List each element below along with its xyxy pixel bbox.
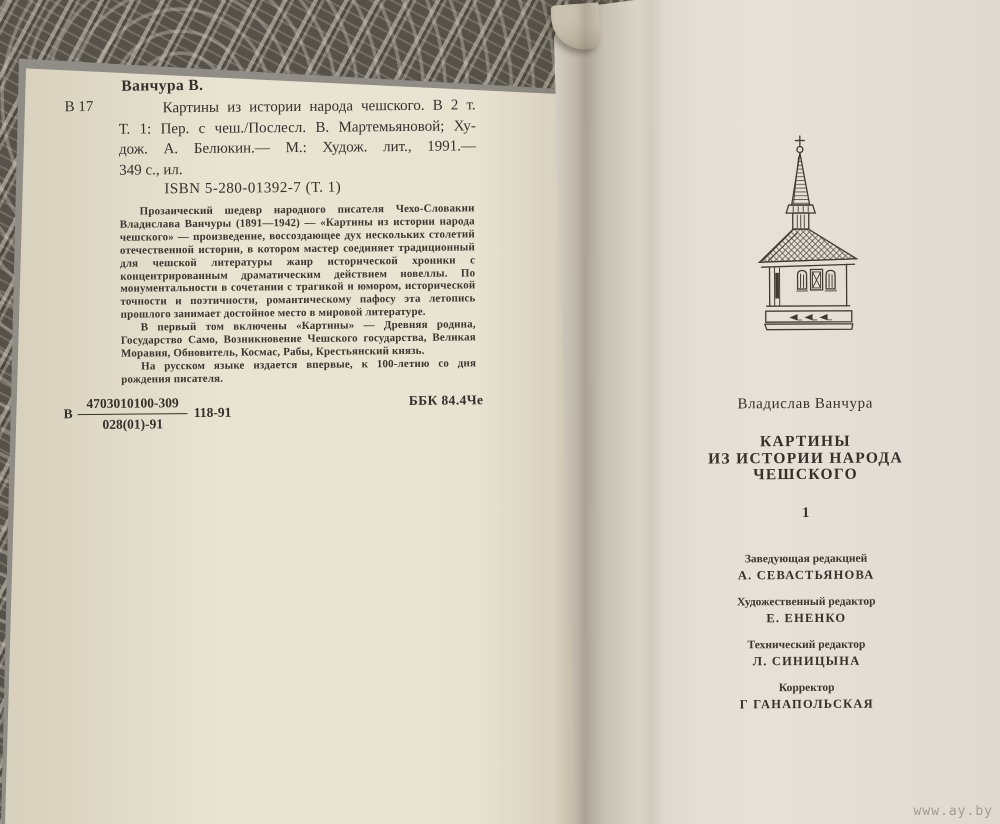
- credit-item: Корректор Г ГАНАПОЛЬСКАЯ: [624, 681, 990, 713]
- credit-item: Технический редактор Л. СИНИЦЫНА: [623, 638, 989, 670]
- catalog-code-fraction: 4703010100-309 028(01)-91: [77, 395, 188, 433]
- bbk-code: ББК 84.4Че: [409, 392, 484, 409]
- entry-line: дож. А. Белюкин.— М.: Худож. лит., 1991.…: [119, 136, 476, 160]
- entry-line: Картины из истории народа чешского. В 2 …: [119, 95, 476, 119]
- credit-name: Е. ЕНЕНКО: [623, 610, 989, 627]
- title-page-author: Владислав Ванчура: [622, 395, 988, 414]
- credits-block: Заведующая редакцией А. СЕВАСТЬЯНОВА Худ…: [623, 552, 990, 713]
- annotation-block: Прозаический шедевр народного писателя Ч…: [120, 202, 477, 386]
- catalog-code-row: В 4703010100-309 028(01)-91 118-91 ББК 8…: [61, 391, 539, 433]
- index-code: В 17: [59, 99, 120, 182]
- author-heading: Ванчура В.: [121, 74, 536, 96]
- site-watermark: www.ay.by: [914, 804, 993, 819]
- title-page-content: Владислав Ванчура КАРТИНЫ ИЗ ИСТОРИИ НАР…: [620, 0, 990, 725]
- catalog-code-numerator: 4703010100-309: [77, 395, 187, 415]
- credit-name: А. СЕВАСТЬЯНОВА: [623, 567, 989, 584]
- catalog-code: В 4703010100-309 028(01)-91 118-91: [63, 394, 231, 433]
- volume-number: 1: [623, 504, 989, 523]
- catalog-entry-text: Картины из истории народа чешского. В 2 …: [119, 95, 477, 180]
- catalog-code-prefix: В: [63, 406, 72, 422]
- isbn-line: ISBN 5-280-01392-7 (Т. 1): [164, 178, 537, 199]
- credit-item: Художественный редактор Е. ЕНЕНКО: [623, 595, 989, 627]
- annotation-paragraph: На русском языке издается впервые, к 100…: [121, 357, 476, 386]
- credit-role: Художественный редактор: [623, 595, 989, 609]
- imprint-page-content: Ванчура В. В 17 Картины из истории народ…: [58, 74, 539, 433]
- annotation-paragraph: Прозаический шедевр народного писателя Ч…: [120, 202, 476, 322]
- book-title: КАРТИНЫ ИЗ ИСТОРИИ НАРОДА ЧЕШСКОГО: [622, 433, 988, 484]
- credit-item: Заведующая редакцией А. СЕВАСТЬЯНОВА: [623, 552, 989, 584]
- credit-name: Г ГАНАПОЛЬСКАЯ: [624, 696, 990, 713]
- church-tower-illustration: [752, 133, 863, 334]
- annotation-paragraph: В первый том включены «Картины» — Древня…: [121, 318, 476, 360]
- catalog-code-denominator: 028(01)-91: [78, 414, 188, 433]
- credit-role: Заведующая редакцией: [623, 552, 989, 566]
- catalog-code-suffix: 118-91: [194, 405, 232, 421]
- book-title-line: ЧЕШСКОГО: [623, 466, 989, 484]
- credit-role: Корректор: [624, 681, 990, 695]
- credit-role: Технический редактор: [623, 638, 989, 652]
- credit-name: Л. СИНИЦЫНА: [624, 653, 990, 670]
- book-title-line: КАРТИНЫ: [622, 433, 988, 451]
- entry-line: 349 с., ил.: [119, 157, 476, 181]
- catalog-entry: В 17 Картины из истории народа чешского.…: [59, 95, 538, 182]
- open-book-photo: Ванчура В. В 17 Картины из истории народ…: [0, 0, 1000, 824]
